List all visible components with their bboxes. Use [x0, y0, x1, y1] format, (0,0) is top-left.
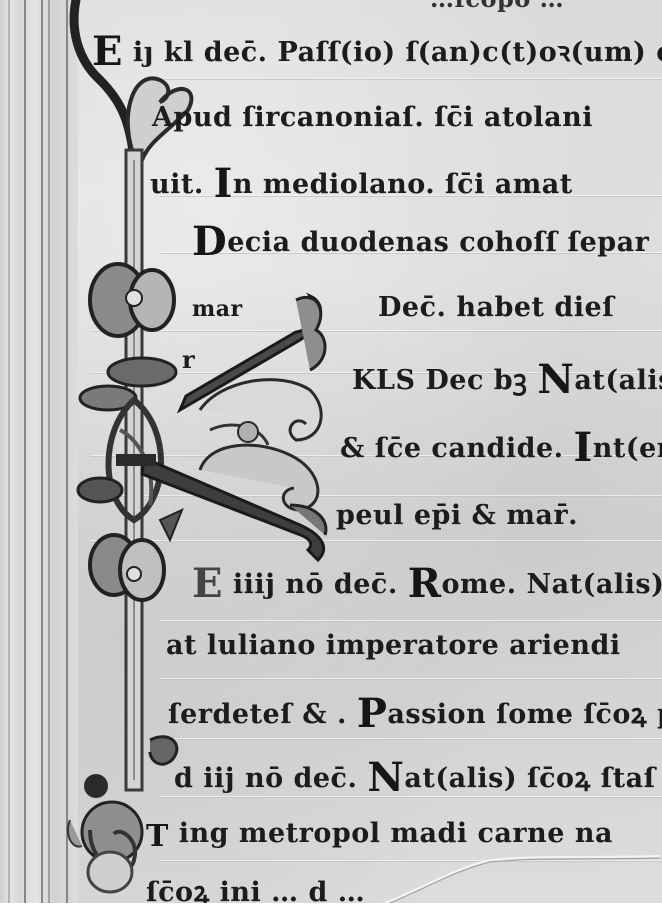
margin-rule-2: [24, 0, 26, 903]
text-fragment: at luliano imperatore ariendi: [166, 630, 621, 661]
text-line: peul ep̄i & mar̄.: [336, 500, 578, 531]
text-line: ſerdeteſ & . Passion ſome ſc̄oꝝ p: [168, 690, 662, 737]
text-fragment: iiij nō dec̄.: [223, 569, 408, 600]
manuscript-page: …ſcopo … E iȷ kl dec̄. Paſſ(io) ſ(an)c(t…: [0, 0, 662, 903]
text-fragment: …ſcopo …: [430, 0, 564, 13]
text-fragment: n mediolano. ſc̄i amat: [233, 169, 573, 200]
text-line: at luliano imperatore ariendi: [166, 630, 621, 661]
text-fragment: iȷ kl dec̄. Paſſ(io) ſ(an)c(t)oꝛ(um) ciu…: [123, 37, 662, 68]
rubric-capital: N: [367, 754, 404, 801]
text-fragment: Apud ſircanoniaſ. ſc̄i atolani: [152, 102, 593, 133]
text-fragment: ing metropol madi carne na: [169, 818, 613, 849]
text-line: Decia duodenas cohoſſ ſepar: [192, 218, 649, 265]
margin-rule-3: [41, 0, 43, 903]
text-fragment: at(alis) ſ: [574, 365, 662, 396]
text-line: T ing metropol madi carne na: [146, 818, 613, 854]
text-fragment: nt(er)a: [593, 433, 662, 464]
text-line: & ſc̄e candide. Int(er)a: [340, 424, 662, 471]
rubric-capital: E: [92, 28, 123, 75]
parchment-crease: [380, 850, 660, 903]
text-line: uit. In mediolano. ſc̄i amat: [150, 160, 573, 207]
text-line: KLS Dec bꝫ Nat(alis) ſ: [352, 356, 662, 403]
rubric-capital: I: [214, 160, 233, 207]
text-fragment: peul ep̄i & mar̄.: [336, 500, 578, 531]
text-fragment: d iij nō dec̄.: [174, 763, 367, 794]
photo-border: [0, 903, 662, 907]
rubric-capital: I: [573, 424, 592, 471]
text-fragment: ecia duodenas cohoſſ ſepar: [227, 227, 649, 258]
text-line: …ſcopo …: [430, 0, 564, 13]
text-fragment: assion ſome ſc̄oꝝ p: [387, 699, 662, 730]
text-fragment: at(alis) ſc̄oꝝ ſtaſ: [404, 763, 655, 794]
rubric-capital: R: [408, 560, 442, 607]
rubric-capital: D: [192, 218, 227, 265]
rubric-capital: N: [537, 356, 574, 403]
rubric-capital: T: [146, 819, 169, 854]
text-line: E iȷ kl dec̄. Paſſ(io) ſ(an)c(t)oꝛ(um) c…: [92, 28, 662, 75]
text-line: Apud ſircanoniaſ. ſc̄i atolani: [152, 102, 593, 133]
text-fragment: ſc̄oꝝ ini … d …: [146, 877, 365, 903]
text-line: Dec̄. habet dieſ: [378, 292, 614, 323]
text-line: d iij nō dec̄. Nat(alis) ſc̄oꝝ ſtaſ: [174, 754, 656, 801]
text-fragment: uit.: [150, 169, 214, 200]
initial-companion-text: r: [182, 345, 195, 374]
text-line: r: [182, 345, 195, 374]
initial-companion-text: mar: [192, 296, 243, 322]
text-fragment: KLS Dec bꝫ: [352, 365, 537, 396]
text-line: ſc̄oꝝ ini … d …: [146, 872, 365, 903]
margin-rule-1: [8, 0, 10, 903]
text-fragment: & ſc̄e candide.: [340, 433, 573, 464]
rubric-capital: P: [357, 690, 388, 737]
text-fragment: ome. Nat(alis) ſc̄e b: [441, 569, 662, 600]
text-line: E iiij nō dec̄. Rome. Nat(alis) ſc̄e b: [192, 560, 662, 607]
text-fragment: Dec̄. habet dieſ: [378, 292, 614, 323]
margin-rule-4: [48, 0, 50, 903]
text-fragment: ſerdeteſ & .: [168, 699, 357, 730]
text-line: mar: [192, 292, 243, 323]
rubric-capital: E: [192, 560, 223, 607]
